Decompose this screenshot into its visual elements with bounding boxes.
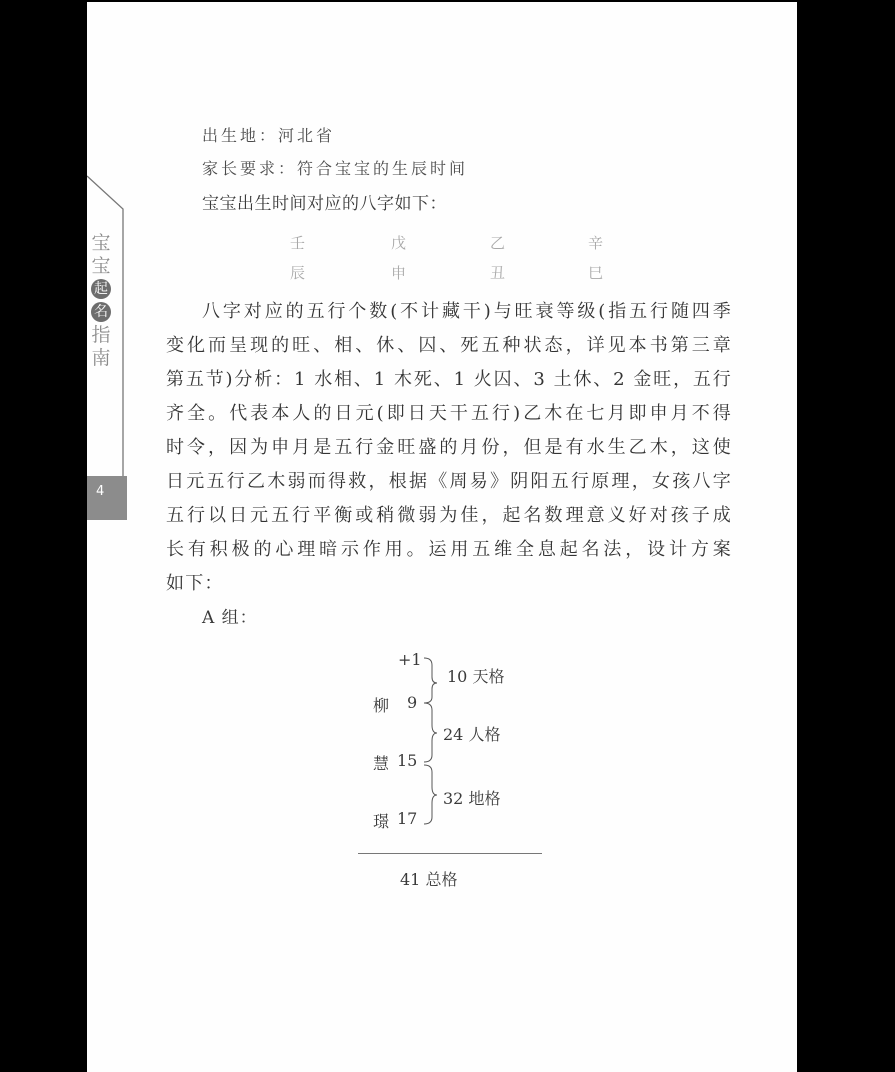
grid-label: 人格 xyxy=(468,725,500,744)
grid-value: 41 xyxy=(400,870,420,889)
bazi-branch: 辰 xyxy=(290,262,305,283)
title-char: 南 xyxy=(91,347,110,370)
bazi-branch: 巳 xyxy=(588,262,603,283)
title-char-circled: 起 xyxy=(91,279,111,299)
name-strokes: 15 xyxy=(397,751,417,770)
grid-value: 10 xyxy=(447,667,467,686)
paragraph-line: 变化而呈现的旺、相、休、囚、死五种状态，详见本书第三章 xyxy=(166,329,732,363)
title-char: 宝 xyxy=(91,232,110,255)
name-strokes: 9 xyxy=(407,693,417,712)
grid-total: 41 总格 xyxy=(400,867,457,890)
bazi-intro-line: 宝宝出生时间对应的八字如下： xyxy=(202,189,447,214)
grid-value: 32 xyxy=(443,789,463,808)
paragraph-line: 如下： xyxy=(166,567,732,601)
bazi-stem: 辛 xyxy=(588,232,603,253)
paragraph-line: 长有积极的心理暗示作用。运用五维全息起名法，设计方案 xyxy=(166,533,732,567)
parent-request-line: 家长要求：符合宝宝的生辰时间 xyxy=(202,156,468,179)
grid-label: 地格 xyxy=(468,789,500,808)
title-char-circled: 名 xyxy=(91,302,111,322)
book-title-vertical: 宝 宝 起 名 指 南 xyxy=(90,232,112,370)
total-divider xyxy=(358,853,542,854)
grid-label: 天格 xyxy=(472,667,504,686)
bazi-branch: 申 xyxy=(391,262,406,283)
paragraph-line: 时令，因为申月是五行金旺盛的月份，但是有水生乙木，这使 xyxy=(166,431,732,465)
grid-label: 总格 xyxy=(425,870,457,889)
bazi-stem: 戊 xyxy=(391,232,406,253)
page-number: 4 xyxy=(96,484,104,499)
bazi-stem: 乙 xyxy=(490,232,505,253)
paragraph-line: 齐全。代表本人的日元(即日天干五行)乙木在七月即申月不得 xyxy=(166,397,732,431)
bazi-stem: 壬 xyxy=(290,232,305,253)
top-plus-one: +1 xyxy=(398,650,422,669)
paragraph-line: 五行以日元五行平衡或稍微弱为佳，起名数理意义好对孩子成 xyxy=(166,499,732,533)
analysis-paragraph: 八字对应的五行个数(不计藏干)与旺衰等级(指五行随四季 变化而呈现的旺、相、休、… xyxy=(166,295,732,601)
name-char: 璟 xyxy=(373,809,389,832)
page-number-tab xyxy=(87,476,127,520)
paragraph-line: 日元五行乙木弱而得救，根据《周易》阴阳五行原理，女孩八字 xyxy=(166,465,732,499)
paragraph-line: 第五节)分析：1 水相、1 木死、1 火囚、3 土休、2 金旺，五行 xyxy=(166,363,732,397)
name-char: 慧 xyxy=(373,751,389,774)
grid-ren: 24 人格 xyxy=(443,722,500,745)
title-char: 指 xyxy=(91,324,110,347)
birthplace-line: 出生地：河北省 xyxy=(202,123,335,146)
paragraph-line: 八字对应的五行个数(不计藏干)与旺衰等级(指五行随四季 xyxy=(166,295,732,329)
grid-value: 24 xyxy=(443,725,463,744)
title-char: 宝 xyxy=(91,255,110,278)
name-char: 柳 xyxy=(373,693,389,716)
bazi-branch: 丑 xyxy=(490,262,505,283)
grid-tian: 10 天格 xyxy=(447,664,504,687)
name-strokes: 17 xyxy=(397,809,417,828)
group-label: A 组： xyxy=(202,603,258,628)
grid-di: 32 地格 xyxy=(443,786,500,809)
